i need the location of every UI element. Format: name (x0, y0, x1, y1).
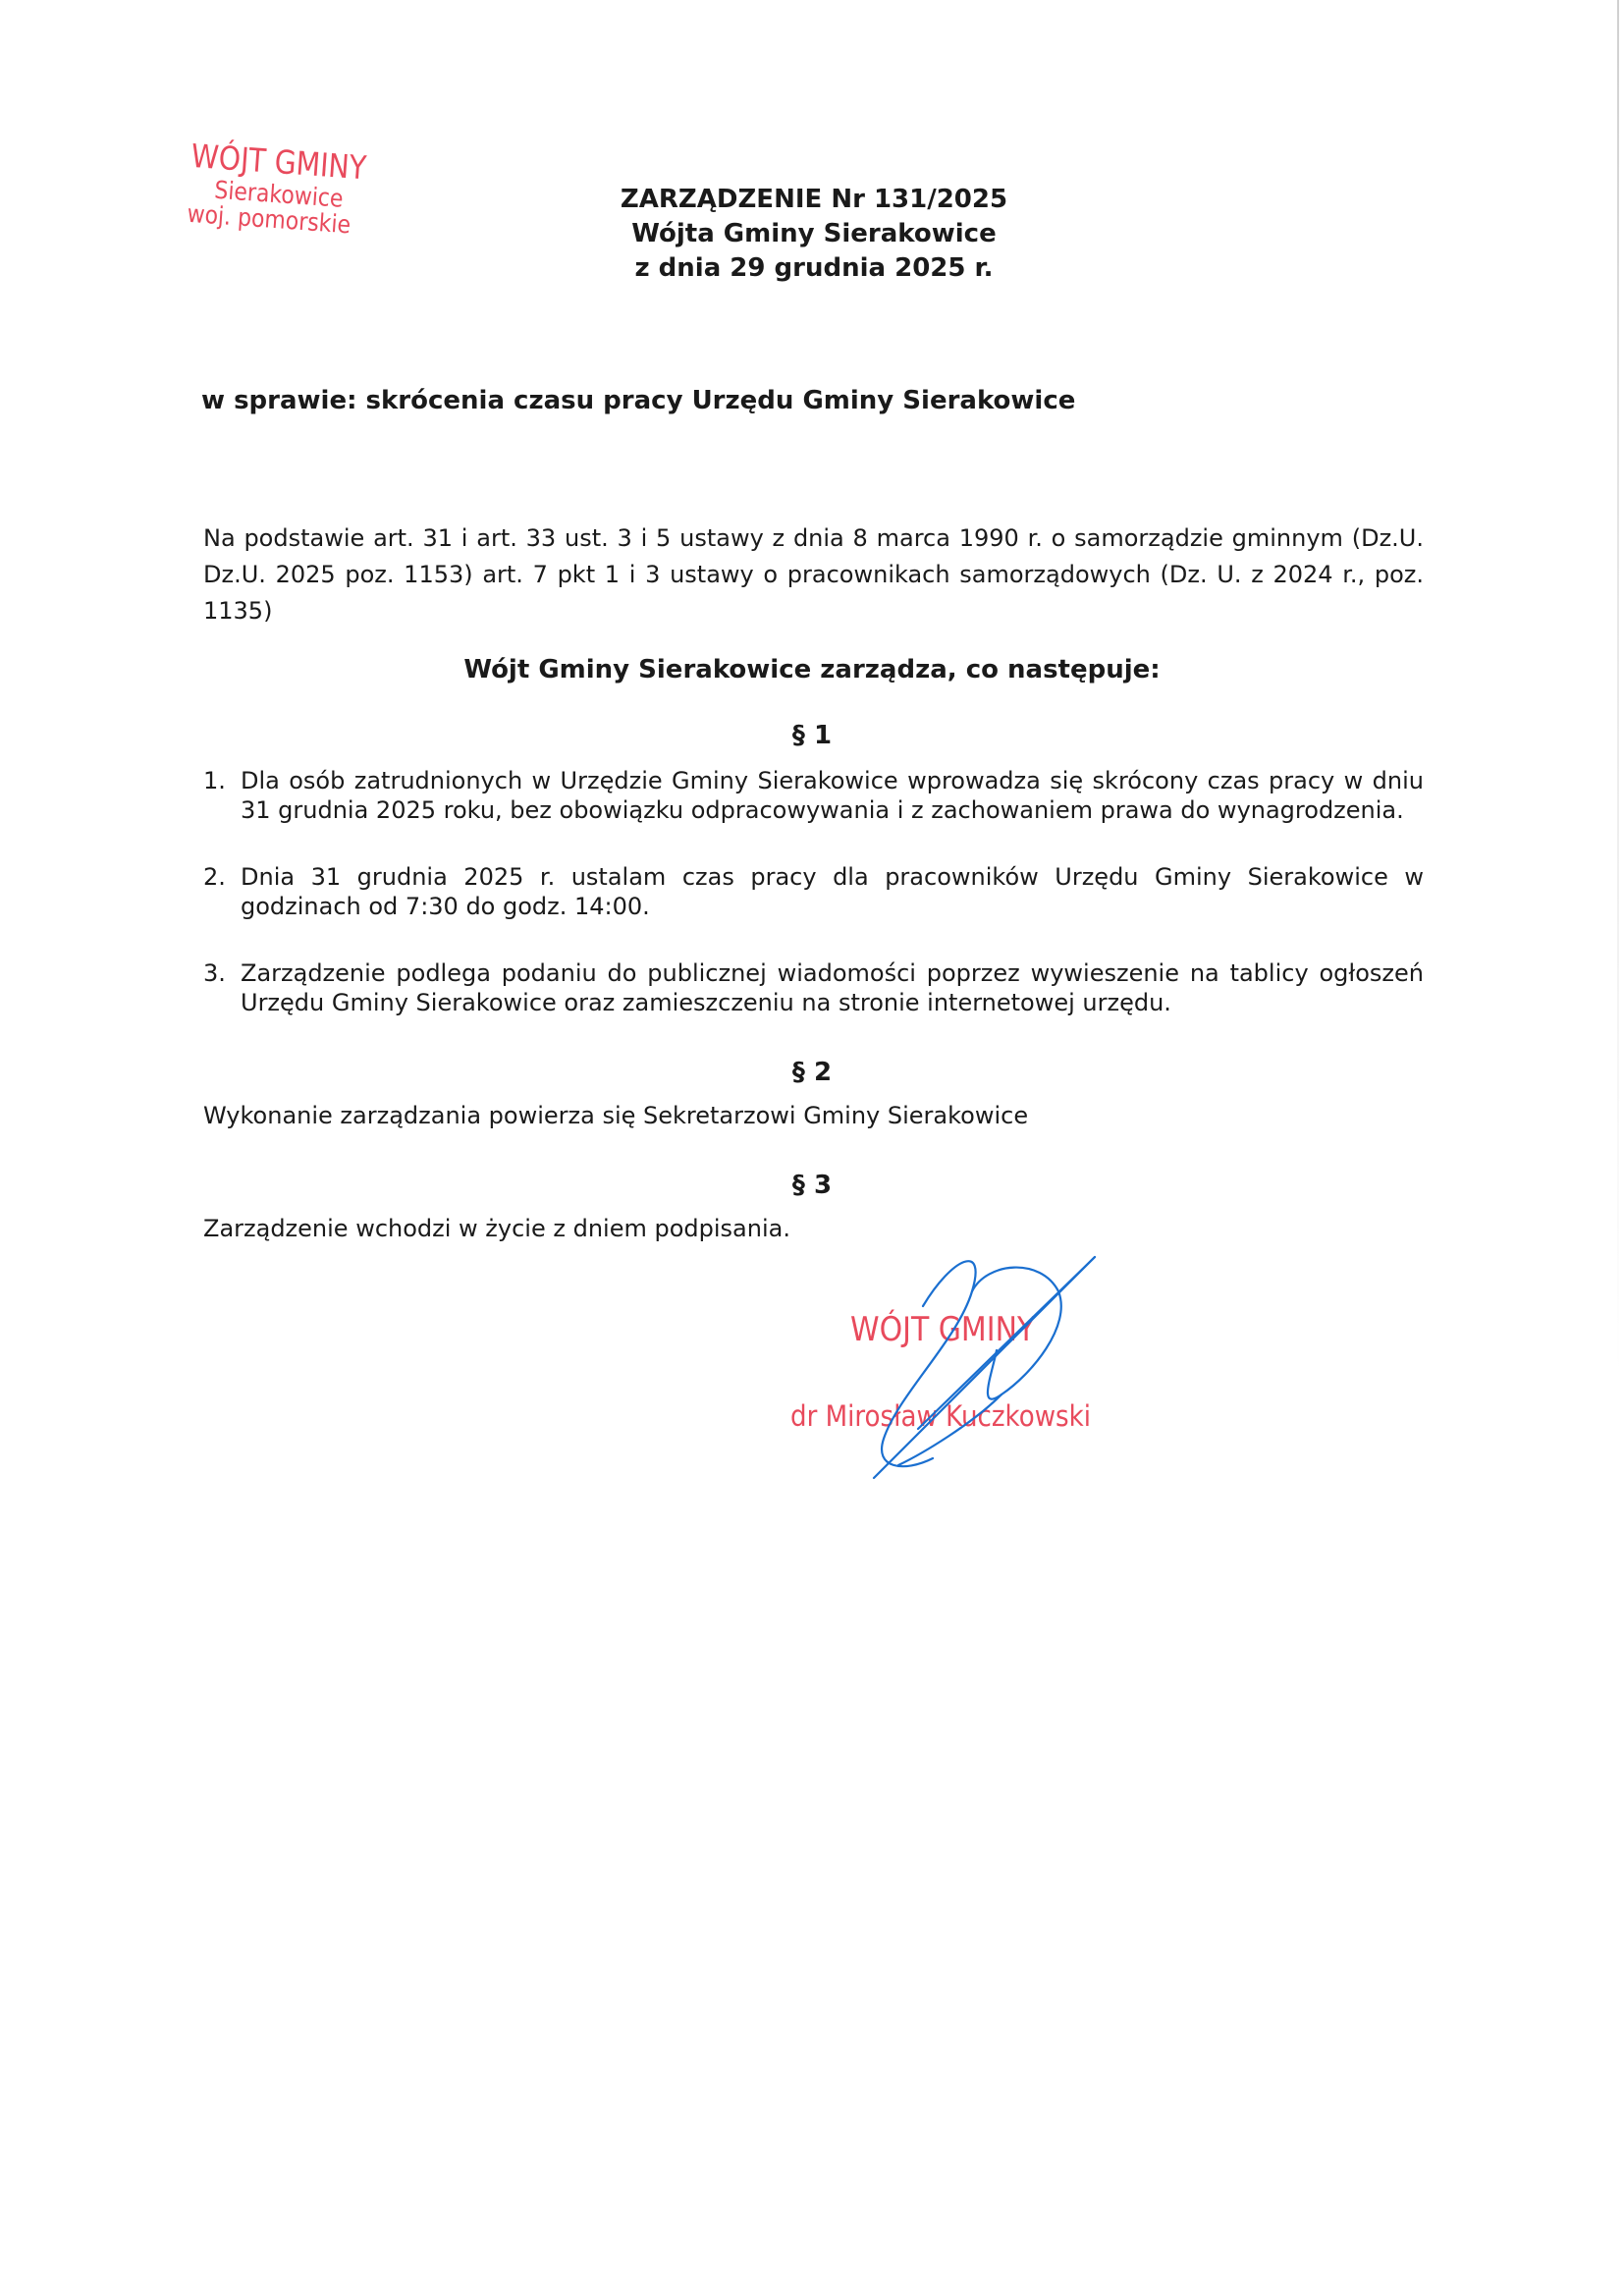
list-item-number: 2. (203, 862, 226, 892)
list-item: 2. Dnia 31 grudnia 2025 r. ustalam czas … (203, 862, 1424, 921)
list-item-text: Dla osób zatrudnionych w Urzędzie Gminy … (241, 767, 1424, 824)
section-2-text: Wykonanie zarządzania powierza się Sekre… (203, 1102, 1028, 1129)
title-date: z dnia 29 grudnia 2025 r. (4, 251, 1624, 286)
decree-heading: Wójt Gminy Sierakowice zarządza, co nast… (0, 655, 1624, 684)
handwritten-signature-icon (805, 1237, 1119, 1483)
section-3-mark: § 3 (0, 1171, 1624, 1200)
list-item-number: 1. (203, 766, 226, 795)
title-number: ZARZĄDZENIE Nr 131/2025 (4, 183, 1624, 217)
list-item-text: Zarządzenie podlega podaniu do publiczne… (241, 959, 1424, 1016)
list-item: 1. Dla osób zatrudnionych w Urzędzie Gmi… (203, 766, 1424, 825)
section-1-list: 1. Dla osób zatrudnionych w Urzędzie Gmi… (203, 766, 1424, 1055)
legal-basis-paragraph: Na podstawie art. 31 i art. 33 ust. 3 i … (203, 520, 1424, 629)
section-3-text: Zarządzenie wchodzi w życie z dniem podp… (203, 1215, 790, 1242)
document-title: ZARZĄDZENIE Nr 131/2025 Wójta Gminy Sier… (0, 183, 1624, 286)
document-subject: w sprawie: skrócenia czasu pracy Urzędu … (201, 386, 1075, 415)
document-page: WÓJT GMINY Sierakowice woj. pomorskie ZA… (0, 0, 1624, 2296)
list-item-text: Dnia 31 grudnia 2025 r. ustalam czas pra… (241, 863, 1424, 920)
list-item-number: 3. (203, 958, 226, 988)
section-1-mark: § 1 (0, 721, 1624, 750)
list-item: 3. Zarządzenie podlega podaniu do public… (203, 958, 1424, 1017)
title-issuer: Wójta Gminy Sierakowice (4, 217, 1624, 251)
section-2-mark: § 2 (0, 1058, 1624, 1087)
